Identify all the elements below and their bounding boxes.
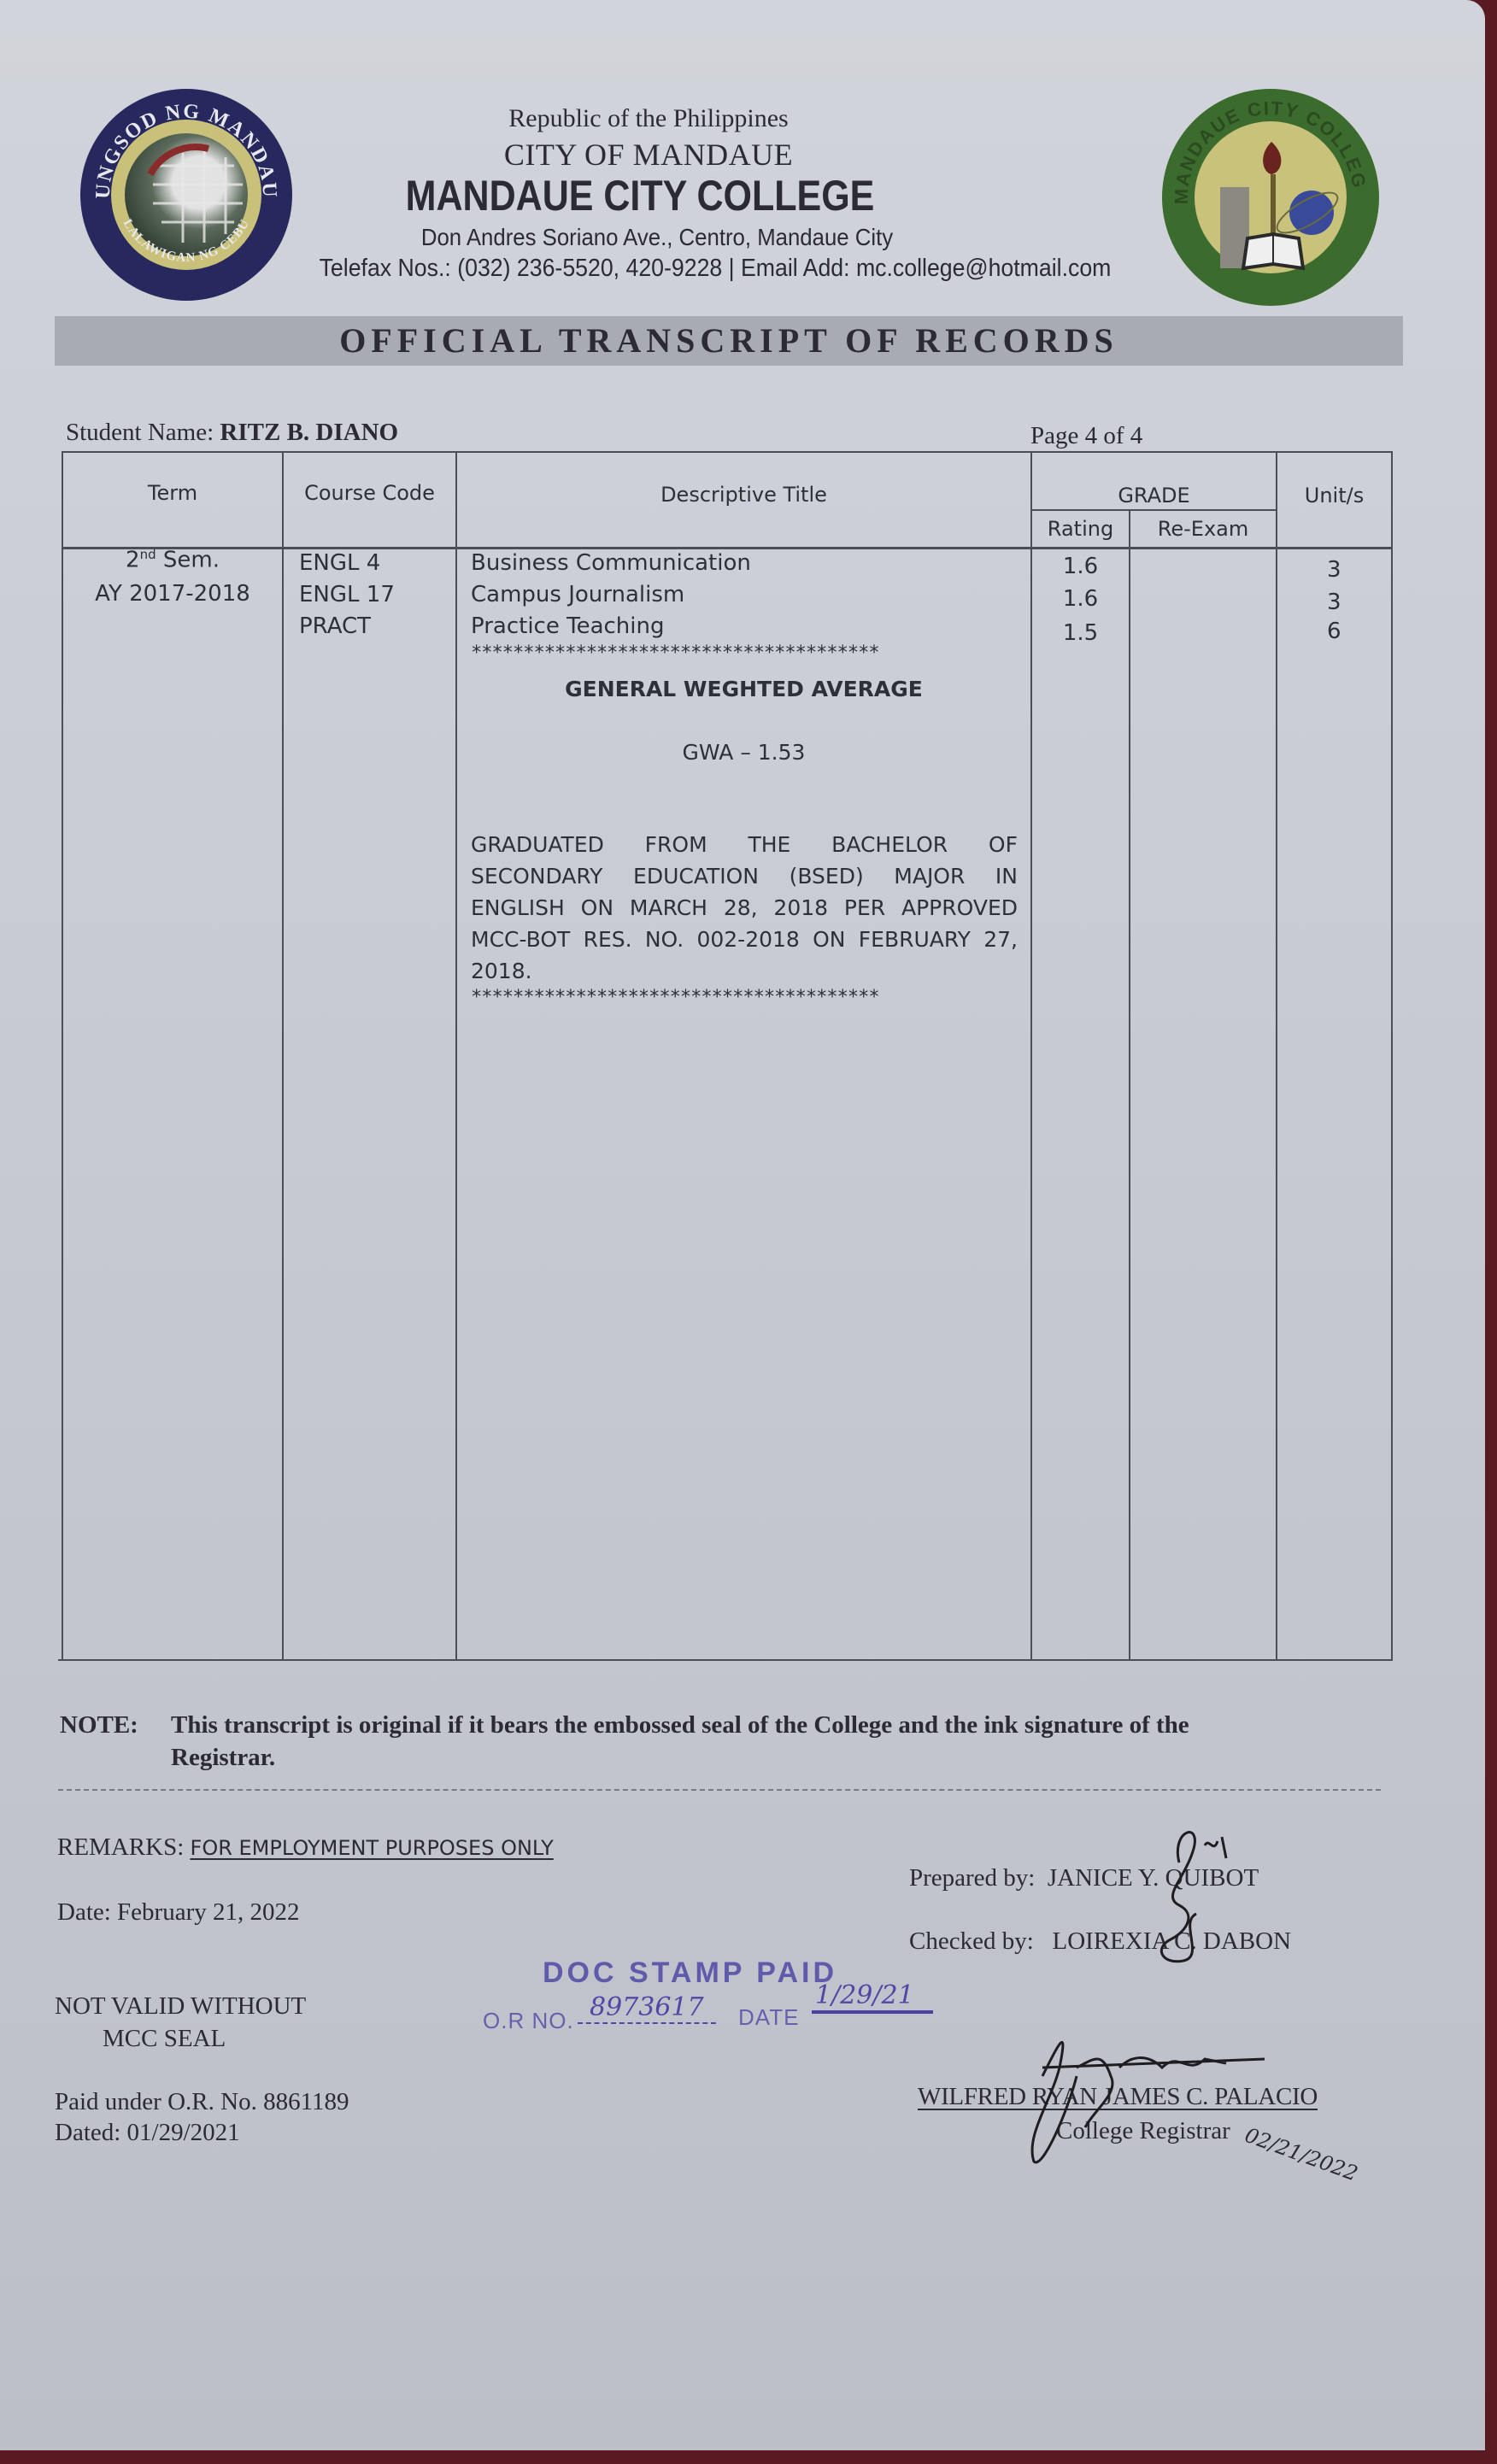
transcript-page: LUNGSOD NG MANDAUE LALAWIGAN NG CEBU Rep… (0, 0, 1485, 2450)
header-course-code: Course Code (284, 481, 455, 505)
stamp-or-value: 8973617 (578, 1992, 716, 2024)
payment-date: Dated: 01/29/2021 (55, 2119, 240, 2147)
course-title: Campus Journalism (471, 582, 684, 607)
term-semester: 2nd Sem. (63, 547, 282, 573)
not-valid-line1: NOT VALID WITHOUT (55, 1992, 306, 2021)
remarks: REMARKS: FOR EMPLOYMENT PURPOSES ONLY (57, 1833, 554, 1862)
header-reexam: Re-Exam (1130, 517, 1276, 541)
college-seal-logo: MANDAUE CITY COLLEGE (1162, 89, 1379, 306)
header-address: Don Andres Soriano Ave., Centro, Mandaue… (0, 224, 1340, 251)
course-rating: 1.5 (1032, 620, 1129, 646)
dashed-divider (58, 1789, 1381, 1791)
stamp-date-value: 1/29/21 (812, 1980, 933, 2014)
header-rating: Rating (1032, 517, 1129, 541)
payment-or-number: Paid under O.R. No. 8861189 (55, 2088, 349, 2116)
student-name: RITZ B. DIANO (220, 419, 398, 446)
course-code: PRACT (299, 613, 371, 639)
svg-text:MANDAUE CITY COLLEGE: MANDAUE CITY COLLEGE (1162, 89, 1371, 205)
header-units: Unit/s (1277, 484, 1391, 507)
registrar-signature-icon (1008, 2025, 1333, 2170)
issue-date: Date: February 21, 2022 (57, 1898, 300, 1927)
course-code: ENGL 4 (299, 550, 380, 576)
student-name-label: Student Name: (66, 419, 214, 446)
separator-top: *************************************** (471, 642, 879, 664)
stamp-date-label: DATE (738, 2004, 799, 2031)
not-valid-line2: MCC SEAL (103, 2025, 226, 2053)
term-academic-year: AY 2017-2018 (63, 581, 282, 607)
student-name-line: Student Name: RITZ B. DIANO (66, 419, 398, 447)
header-term: Term (63, 481, 282, 505)
graduation-note: GRADUATED FROM THE BACHELOR OF SECONDARY… (471, 829, 1018, 987)
course-units: 3 (1327, 590, 1341, 615)
course-title: Business Communication (471, 550, 751, 576)
course-rating: 1.6 (1032, 554, 1129, 579)
page-number: Page 4 of 4 (1030, 422, 1142, 450)
stamp-title: DOC STAMP PAID (543, 1957, 837, 1990)
header-college-name: MANDAUE CITY COLLEGE (2, 171, 1279, 220)
note-label: NOTE: (60, 1709, 171, 1741)
separator-bottom: *************************************** (471, 987, 879, 1008)
course-units: 6 (1327, 619, 1341, 644)
stamp-or-label: O.R NO. (483, 2008, 574, 2034)
header-descriptive-title: Descriptive Title (457, 483, 1030, 507)
remarks-label: REMARKS: (57, 1833, 184, 1861)
gwa-value: GWA – 1.53 (457, 740, 1030, 765)
preparer-signature-icon (1111, 1811, 1282, 1982)
header-grade: GRADE (1032, 484, 1276, 507)
document-title: OFFICIAL TRANSCRIPT OF RECORDS (55, 316, 1403, 366)
course-code: ENGL 17 (299, 582, 395, 607)
gwa-heading: GENERAL WEGHTED AVERAGE (457, 677, 1030, 701)
course-title: Practice Teaching (471, 613, 664, 639)
course-units: 3 (1327, 557, 1341, 583)
authenticity-note: NOTE:This transcript is original if it b… (60, 1709, 1393, 1774)
course-rating: 1.6 (1032, 586, 1129, 612)
remarks-value: FOR EMPLOYMENT PURPOSES ONLY (191, 1836, 554, 1860)
